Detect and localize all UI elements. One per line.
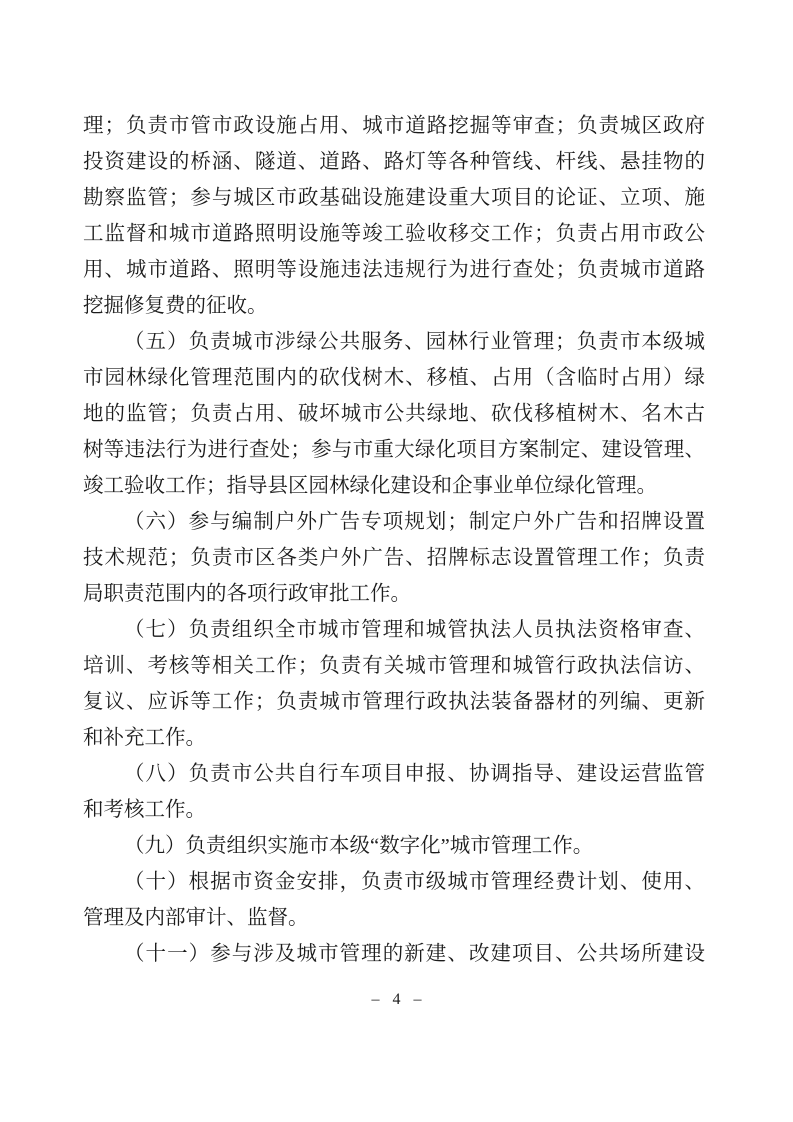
text-line: 培训、考核等相关工作；负责有关城市管理和城管行政执法信访、 xyxy=(83,648,705,684)
paragraph-item-5: （五）负责城市涉绿公共服务、园林行业管理；负责市本级城 市园林绿化管理范围内的砍… xyxy=(83,324,705,504)
paragraph-item-9: （九）负责组织实施市本级“数字化”城市管理工作。 xyxy=(83,828,705,864)
paragraph-continuation: 理；负责市管市政设施占用、城市道路挖掘等审查；负责城区政府 投资建设的桥涵、隧道… xyxy=(83,108,705,324)
text-line: 管理及内部审计、监督。 xyxy=(83,900,705,936)
text-line: 用、城市道路、照明等设施违法违规行为进行查处；负责城市道路 xyxy=(83,252,705,288)
text-line: 工监督和城市道路照明设施等竣工验收移交工作；负责占用市政公 xyxy=(83,216,705,252)
text-line: 竣工验收工作；指导县区园林绿化建设和企事业单位绿化管理。 xyxy=(83,468,705,504)
text-line: （十一）参与涉及城市管理的新建、改建项目、公共场所建设 xyxy=(83,936,705,972)
paragraph-item-6: （六）参与编制户外广告专项规划；制定户外广告和招牌设置 技术规范；负责市区各类户… xyxy=(83,504,705,612)
paragraph-item-8: （八）负责市公共自行车项目申报、协调指导、建设运营监管 和考核工作。 xyxy=(83,756,705,828)
text-line: 勘察监管；参与城区市政基础设施建设重大项目的论证、立项、施 xyxy=(83,180,705,216)
text-line: 和补充工作。 xyxy=(83,720,705,756)
paragraph-item-11: （十一）参与涉及城市管理的新建、改建项目、公共场所建设 xyxy=(83,936,705,972)
text-line: 市园林绿化管理范围内的砍伐树木、移植、占用（含临时占用）绿 xyxy=(83,360,705,396)
text-line: （七）负责组织全市城市管理和城管执法人员执法资格审查、 xyxy=(83,612,705,648)
page-number: – 4 – xyxy=(0,990,793,1010)
text-line: 复议、应诉等工作；负责城市管理行政执法装备器材的列编、更新 xyxy=(83,684,705,720)
paragraph-item-7: （七）负责组织全市城市管理和城管执法人员执法资格审查、 培训、考核等相关工作；负… xyxy=(83,612,705,756)
text-line: （六）参与编制户外广告专项规划；制定户外广告和招牌设置 xyxy=(83,504,705,540)
text-line: （五）负责城市涉绿公共服务、园林行业管理；负责市本级城 xyxy=(83,324,705,360)
text-line: 和考核工作。 xyxy=(83,792,705,828)
text-line: 技术规范；负责市区各类户外广告、招牌标志设置管理工作；负责 xyxy=(83,540,705,576)
text-line: （八）负责市公共自行车项目申报、协调指导、建设运营监管 xyxy=(83,756,705,792)
text-line: 理；负责市管市政设施占用、城市道路挖掘等审查；负责城区政府 xyxy=(83,108,705,144)
text-line: 挖掘修复费的征收。 xyxy=(83,288,705,324)
text-line: 投资建设的桥涵、隧道、道路、路灯等各种管线、杆线、悬挂物的 xyxy=(83,144,705,180)
paragraph-item-10: （十）根据市资金安排，负责市级城市管理经费计划、使用、 管理及内部审计、监督。 xyxy=(83,864,705,936)
text-line: 地的监管；负责占用、破坏城市公共绿地、砍伐移植树木、名木古 xyxy=(83,396,705,432)
text-line: 树等违法行为进行查处；参与市重大绿化项目方案制定、建设管理、 xyxy=(83,432,705,468)
document-page: 理；负责市管市政设施占用、城市道路挖掘等审查；负责城区政府 投资建设的桥涵、隧道… xyxy=(0,0,793,1122)
text-line: 局职责范围内的各项行政审批工作。 xyxy=(83,576,705,612)
text-line: （九）负责组织实施市本级“数字化”城市管理工作。 xyxy=(83,828,705,864)
text-line: （十）根据市资金安排，负责市级城市管理经费计划、使用、 xyxy=(83,864,705,900)
document-body: 理；负责市管市政设施占用、城市道路挖掘等审查；负责城区政府 投资建设的桥涵、隧道… xyxy=(83,108,705,972)
